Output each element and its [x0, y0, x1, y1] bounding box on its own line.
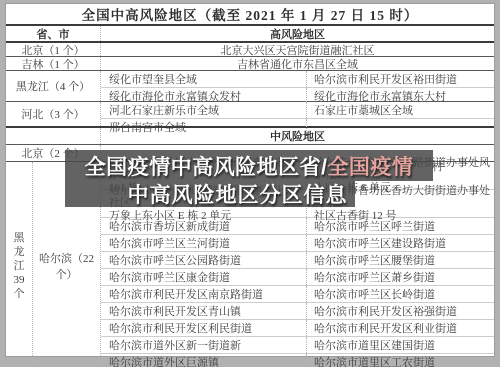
watermark-line1: 全国疫情中高风险地区省/全国疫情 — [65, 150, 433, 181]
table-row: 哈尔滨市道外区巨源镇 哈尔滨市道里区工农街道 — [101, 354, 494, 367]
area-subrows: 绥化市望奎县全域 哈尔滨市利民开发区裕田街道 绥化市海伦市永富镇众发村 绥化市海… — [101, 71, 494, 101]
table-row: 哈尔滨市香坊区新成街道 哈尔滨市呼兰区呼兰街道 — [101, 218, 494, 235]
watermark-overlay: 全国疫情中高风险地区省/全国疫情 中高风险地区分区信息 — [65, 150, 433, 207]
province-label: 吉林（1 个） — [6, 57, 101, 70]
medium-risk-header-row: 中风险地区 — [6, 128, 494, 145]
col-header-medium-risk: 中风险地区 — [101, 128, 494, 144]
watermark-line2: 中高风险地区分区信息 — [65, 181, 355, 207]
area-cell: 哈尔滨市呼兰区长岭街道 — [307, 286, 494, 302]
area-cell: 哈尔滨市呼兰区建设路街道 — [307, 235, 494, 251]
area-cell: 哈尔滨市香坊区新成街道 — [101, 218, 307, 234]
table-header-row: 省、市 高风险地区 — [6, 26, 494, 43]
watermark-line1-accent: 全国疫情 — [327, 151, 413, 181]
screenshot-page: 全国中高风险地区（截至 2021 年 1 月 27 日 15 时） 省、市 高风… — [0, 0, 500, 367]
table-title: 全国中高风险地区（截至 2021 年 1 月 27 日 15 时） — [6, 4, 494, 26]
obscured-text-fragment: 村 — [432, 158, 443, 174]
area-cell: 哈尔滨市利民开发区利业街道 — [307, 320, 494, 336]
area-cell: 哈尔滨市利民开发区青山镇 — [101, 303, 307, 319]
province-label-vertical: 黑 龙 江 39 个 — [6, 162, 33, 367]
area-cell: 哈尔滨市呼兰区萧乡街道 — [307, 269, 494, 285]
table-row-jilin-high: 吉林（1 个） 吉林省通化市东昌区全域 — [6, 57, 494, 71]
area-subrows: 河北石家庄新乐市全域 石家庄市藁城区全域 邢台南宫市全域 — [101, 102, 494, 126]
table-row-hebei-high: 河北（3 个） 河北石家庄新乐市全域 石家庄市藁城区全域 邢台南宫市全域 — [6, 102, 494, 128]
area-cell: 哈尔滨市呼兰区公园路街道 — [101, 252, 307, 268]
area-cell: 哈尔滨市道里区工农街道 — [307, 354, 494, 367]
table-row: 绥化市望奎县全域 哈尔滨市利民开发区裕田街道 — [101, 71, 494, 88]
watermark-line1-white: 全国疫情中高风险地区省/ — [85, 151, 328, 181]
area-cell: 哈尔滨市利民开发区南京路街道 — [101, 286, 307, 302]
table-row-heilongjiang-high: 黑龙江（4 个） 绥化市望奎县全域 哈尔滨市利民开发区裕田街道 绥化市海伦市永富… — [6, 71, 494, 102]
area-cell: 哈尔滨市呼兰区呼兰街道 — [307, 218, 494, 234]
area-cell: 石家庄市藁城区全域 — [307, 102, 494, 118]
province-label: 北京（1 个） — [6, 43, 101, 56]
area-cell: 哈尔滨市利民开发区利民街道 — [101, 320, 307, 336]
area-cell: 绥化市望奎县全域 — [101, 71, 307, 87]
area-cell: 哈尔滨市呼兰区腰堡街道 — [307, 252, 494, 268]
table-row: 哈尔滨市道外区新一街道新 哈尔滨市道里区建国街道 — [101, 337, 494, 354]
table-row: 哈尔滨市利民开发区南京路街道 哈尔滨市呼兰区长岭街道 — [101, 286, 494, 303]
area-cell: 哈尔滨市道外区巨源镇 — [101, 354, 307, 367]
col-header-high-risk: 高风险地区 — [101, 26, 494, 41]
table-row: 哈尔滨市利民开发区青山镇 哈尔滨市利民开发区裕强街道 — [101, 303, 494, 320]
area-cell: 吉林省通化市东昌区全域 — [101, 57, 494, 70]
province-label: 黑龙江（4 个） — [6, 71, 101, 101]
table-row: 哈尔滨市呼兰区兰河街道 哈尔滨市呼兰区建设路街道 — [101, 235, 494, 252]
province-label: 河北（3 个） — [6, 102, 101, 126]
table-row: 哈尔滨市利民开发区利民街道 哈尔滨市利民开发区利业街道 — [101, 320, 494, 337]
area-cell: 哈尔滨市利民开发区裕田街道 — [307, 71, 494, 87]
table-row: 哈尔滨市呼兰区公园路街道 哈尔滨市呼兰区腰堡街道 — [101, 252, 494, 269]
table-row: 哈尔滨市呼兰区康金街道 哈尔滨市呼兰区萧乡街道 — [101, 269, 494, 286]
area-cell: 哈尔滨市呼兰区兰河街道 — [101, 235, 307, 251]
area-cell: 河北石家庄新乐市全域 — [101, 102, 307, 118]
col-header-province: 省、市 — [6, 26, 101, 41]
empty-cell — [6, 128, 101, 144]
area-cell: 哈尔滨市呼兰区康金街道 — [101, 269, 307, 285]
area-cell: 哈尔滨市利民开发区裕强街道 — [307, 303, 494, 319]
table-row: 河北石家庄新乐市全域 石家庄市藁城区全域 — [101, 102, 494, 119]
area-cell: 哈尔滨市道里区建国街道 — [307, 337, 494, 353]
area-cell: 北京大兴区天宫院街道融汇社区 — [101, 43, 494, 56]
area-cell: 哈尔滨市道外区新一街道新 — [101, 337, 307, 353]
